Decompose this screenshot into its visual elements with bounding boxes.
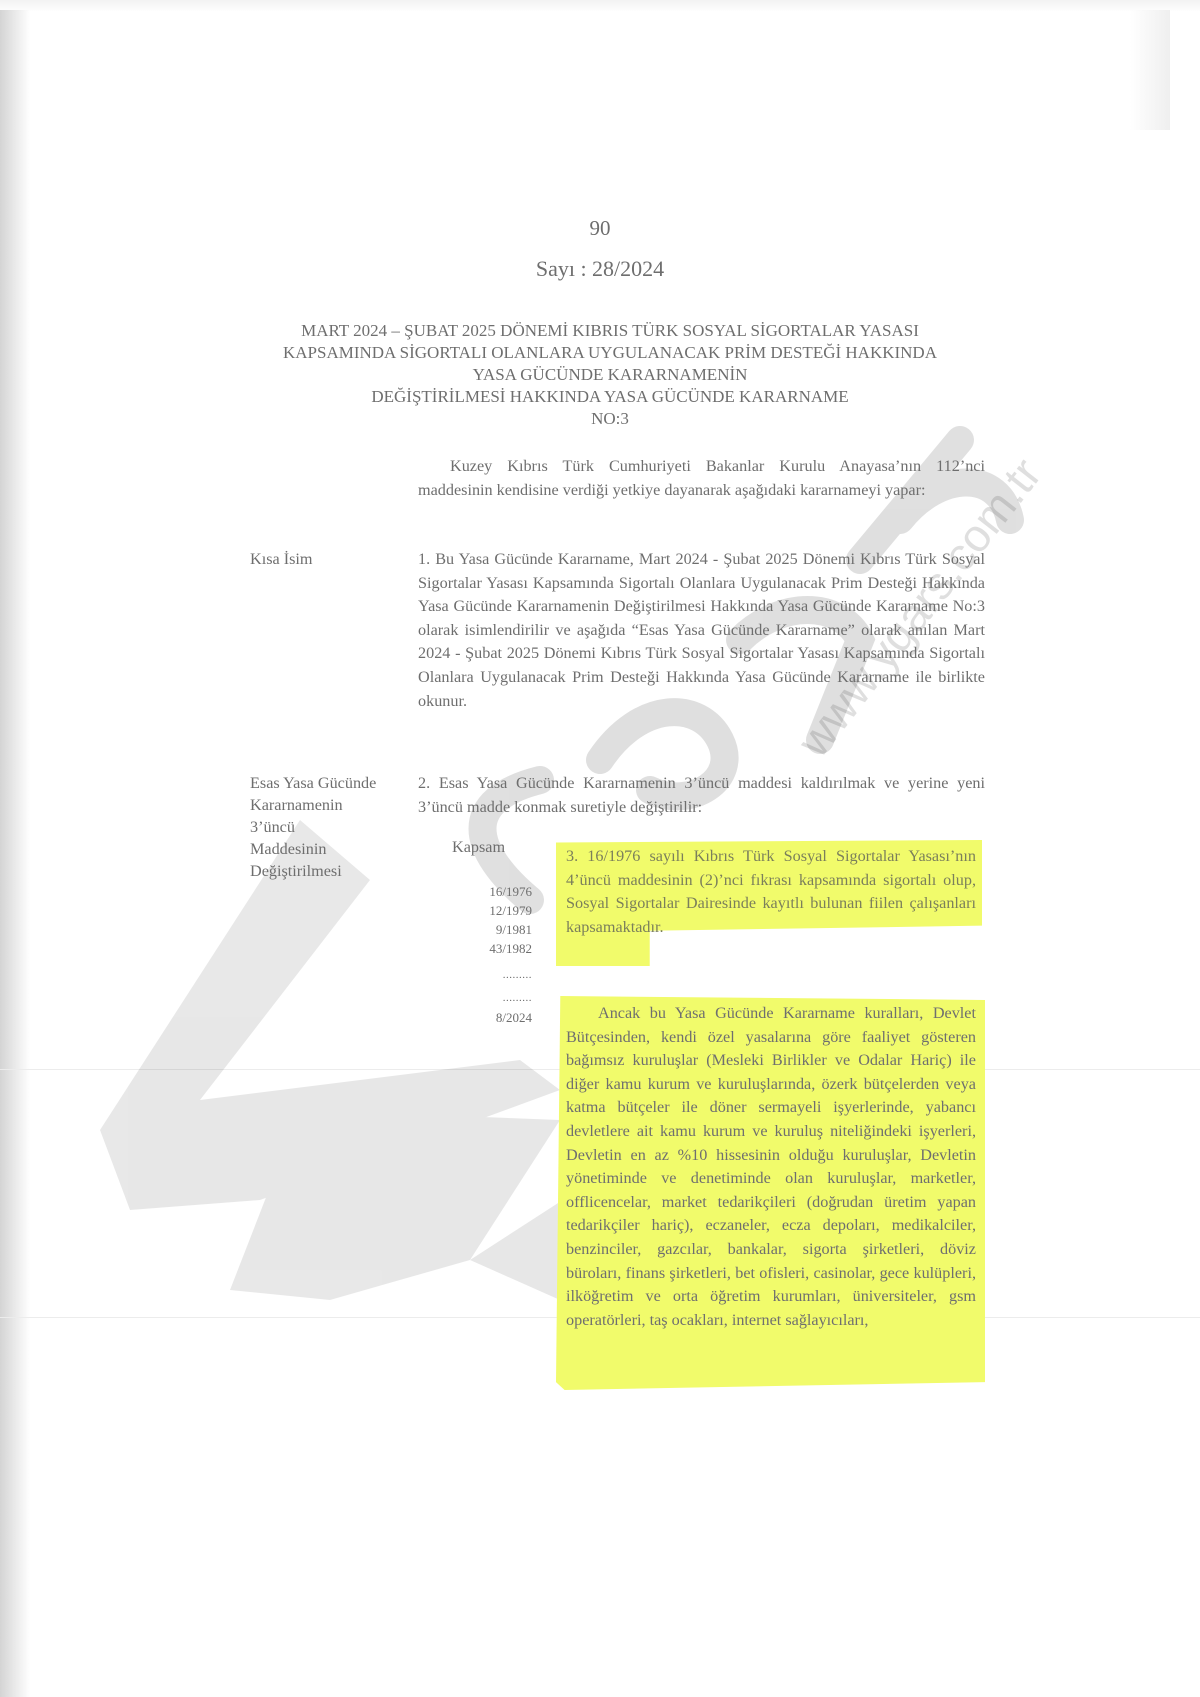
margin-label-line: Maddesinin [250, 838, 418, 860]
margin-label-amendment: Esas Yasa Gücünde Kararnamenin 3’üncü Ma… [250, 772, 418, 882]
section-2-text: 2. Esas Yasa Gücünde Kararnamenin 3’üncü… [418, 772, 985, 819]
margin-label-line: 3’üncü [250, 816, 418, 838]
citation: 8/2024 [450, 1008, 532, 1027]
citation-ellipsis: ......... [450, 989, 532, 1008]
law-citations: 16/1976 12/1979 9/1981 43/1982 .........… [450, 882, 532, 1027]
title-line: KAPSAMINDA SİGORTALI OLANLARA UYGULANACA… [230, 342, 990, 364]
scan-shading-top [0, 0, 1200, 12]
section-1-text: 1. Bu Yasa Gücünde Kararname, Mart 2024 … [418, 548, 985, 713]
title-line: MART 2024 – ŞUBAT 2025 DÖNEMİ KIBRIS TÜR… [230, 320, 990, 342]
citation: 43/1982 [450, 939, 532, 958]
margin-label-line: Değiştirilmesi [250, 860, 418, 882]
issue-number: Sayı : 28/2024 [0, 256, 1200, 282]
page-number: 90 [0, 216, 1200, 241]
citation: 9/1981 [450, 920, 532, 939]
title-line: DEĞİŞTİRİLMESİ HAKKINDA YASA GÜCÜNDE KAR… [230, 386, 990, 408]
scan-shading-right [1130, 10, 1170, 130]
margin-label-scope: Kapsam [452, 838, 505, 857]
preamble: Kuzey Kıbrıs Türk Cumhuriyeti Bakanlar K… [418, 455, 985, 502]
citation: 12/1979 [450, 901, 532, 920]
citation-ellipsis: ......... [450, 966, 532, 985]
margin-label-line: Esas Yasa Gücünde [250, 772, 418, 794]
margin-label-line: Kararnamenin [250, 794, 418, 816]
citation: 16/1976 [450, 882, 532, 901]
decree-title: MART 2024 – ŞUBAT 2025 DÖNEMİ KIBRIS TÜR… [230, 320, 990, 430]
section-3-text: 3. 16/1976 sayılı Kıbrıs Türk Sosyal Sig… [566, 845, 976, 939]
title-line: YASA GÜCÜNDE KARARNAMENİN [230, 364, 990, 386]
title-line: NO:3 [230, 408, 990, 430]
margin-label-short-name: Kısa İsim [250, 548, 420, 570]
section-3-exception-text: Ancak bu Yasa Gücünde Kararname kurallar… [566, 1002, 976, 1332]
